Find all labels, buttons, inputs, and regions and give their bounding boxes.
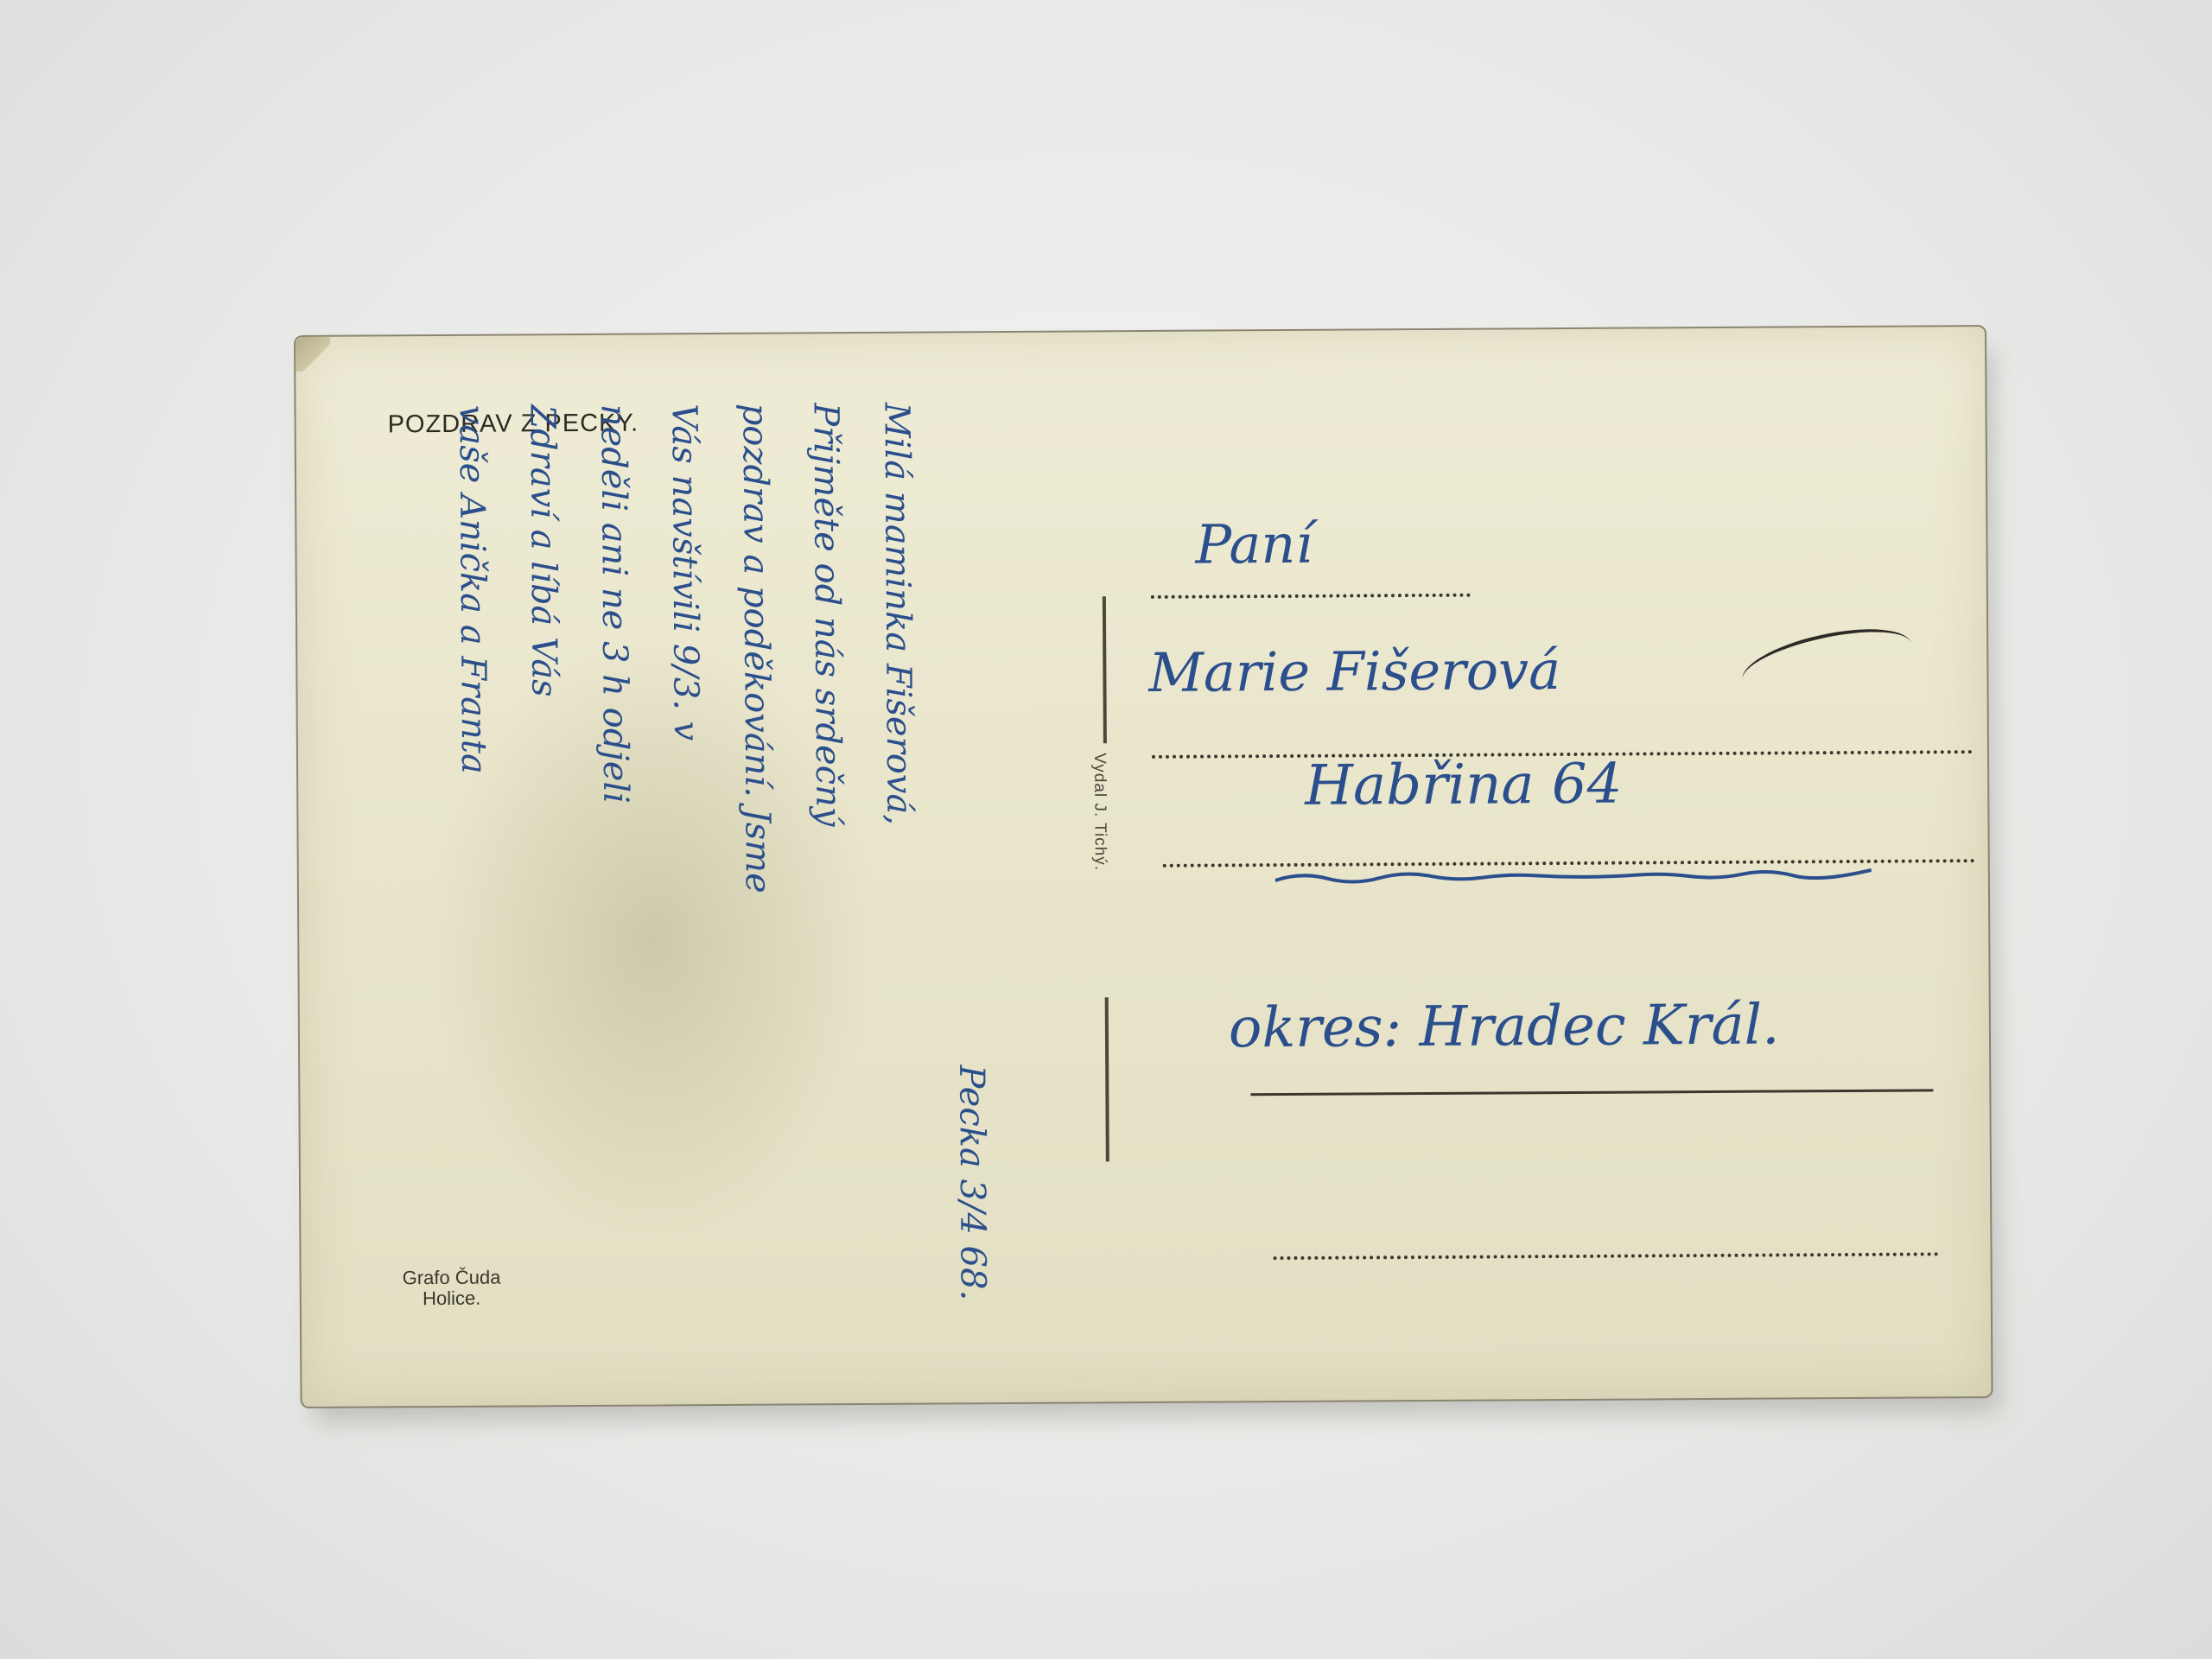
address-rule: [1250, 1089, 1933, 1096]
address-line: [1274, 1252, 1939, 1260]
address-name: Marie Fišerová: [1148, 639, 1560, 704]
divider-line: [1103, 596, 1107, 743]
message-line: Milá maminka Fišerová,: [861, 402, 938, 1335]
address-line: [1151, 594, 1471, 599]
address-salutation: Paní: [1195, 512, 1313, 576]
message-line: Přijměte od nás srdečný: [790, 403, 867, 1336]
handwritten-message: Pecka 3/4 68. Milá maminka Fišerová, Při…: [356, 384, 1088, 1356]
message-line: Zdraví a líbá Vás: [506, 404, 583, 1338]
wavy-underline: [1275, 865, 1872, 886]
message-line: neděli ani ne 3 h odjeli: [577, 404, 654, 1337]
postcard: POZDRAV Z PECKY. Grafo Čuda Holice. Peck…: [294, 325, 1993, 1408]
worn-corner: [296, 337, 330, 372]
address-district: okres: Hradec Král.: [1229, 994, 1780, 1061]
postmark-arc: [1737, 617, 1917, 708]
publisher-imprint: Vydal J. Tichý.: [1090, 753, 1109, 871]
address-street: Habřina 64: [1305, 753, 1623, 818]
message-line: vaše Anička a Franta: [435, 404, 512, 1338]
message-line: Vás navštívili 9/3. v: [648, 404, 725, 1337]
message-line: pozdrav a poděkování. Jsme: [719, 403, 796, 1336]
divider-line: [1105, 997, 1109, 1161]
message-date: Pecka 3/4 68.: [931, 402, 1008, 1335]
